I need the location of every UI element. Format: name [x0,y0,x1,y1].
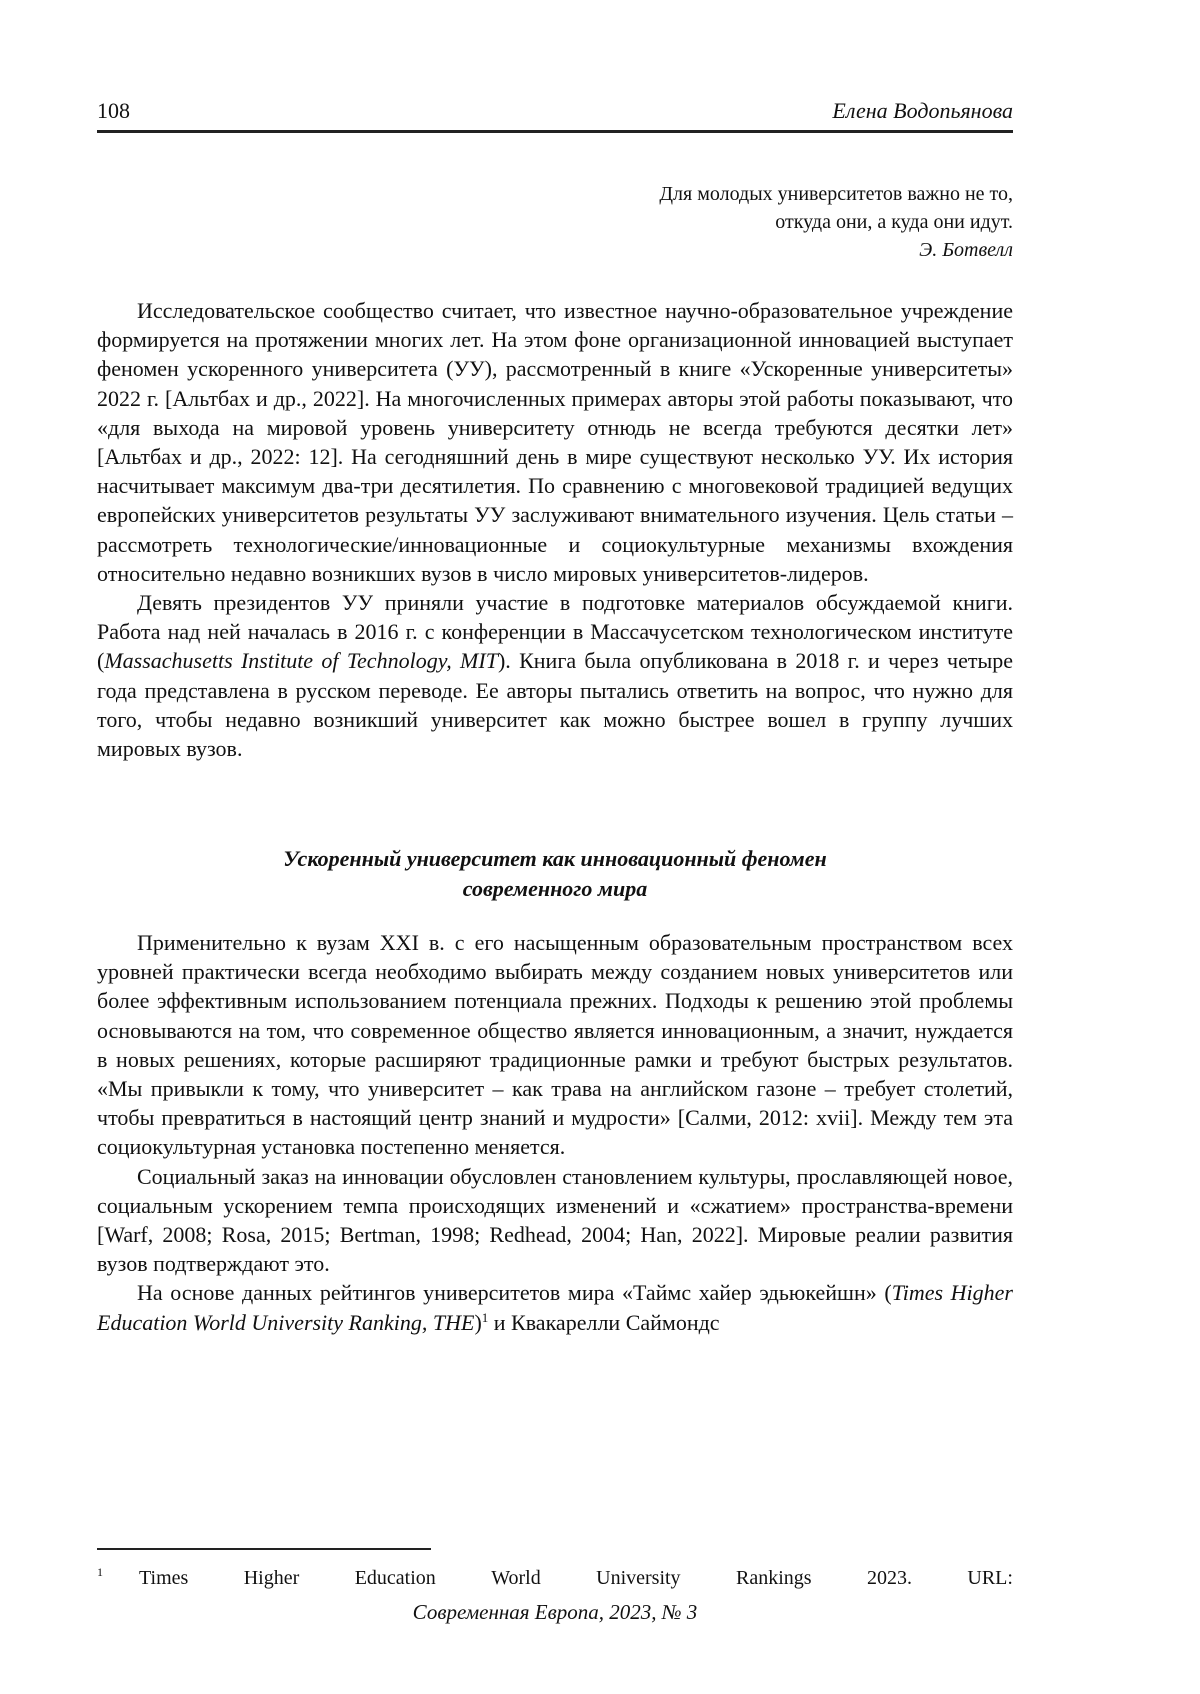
paragraph: Применительно к вузам XXI в. с его насыщ… [97,928,1013,1162]
intro-text: Исследовательское сообщество считает, чт… [97,296,1013,763]
footnote-text: Times Higher Education World University … [139,1565,1013,1591]
footnote-rule [97,1548,431,1550]
footnote: 1 Times Higher Education World Universit… [97,1565,1013,1591]
footnote-mark: 1 [97,1565,139,1591]
section-heading: Ускоренный университет как инновационный… [97,844,1013,904]
paragraph: Социальный заказ на инновации обусловлен… [97,1162,1013,1279]
running-footer: Современная Европа, 2023, № 3 [97,1598,1013,1626]
page-number: 108 [97,96,130,126]
paragraph: Девять президентов УУ приняли участие в … [97,588,1013,763]
paragraph: На основе данных рейтингов университетов… [97,1278,1013,1336]
section-text: Применительно к вузам XXI в. с его насыщ… [97,928,1013,1337]
epigraph-attribution: Э. Ботвелл [413,236,1013,264]
footnote-url-label: URL: [967,1565,1013,1591]
paragraph: Исследовательское сообщество считает, чт… [97,296,1013,588]
epigraph-line-1: Для молодых университетов важно не то, [413,180,1013,208]
running-header: 108 Елена Водопьянова [97,96,1013,130]
italic-term: Massachusetts Institute of Technology, M… [104,648,498,673]
running-author: Елена Водопьянова [832,96,1013,126]
header-rule [97,130,1013,133]
epigraph: Для молодых университетов важно не то, о… [413,180,1013,264]
epigraph-line-2: откуда они, а куда они идут. [413,208,1013,236]
